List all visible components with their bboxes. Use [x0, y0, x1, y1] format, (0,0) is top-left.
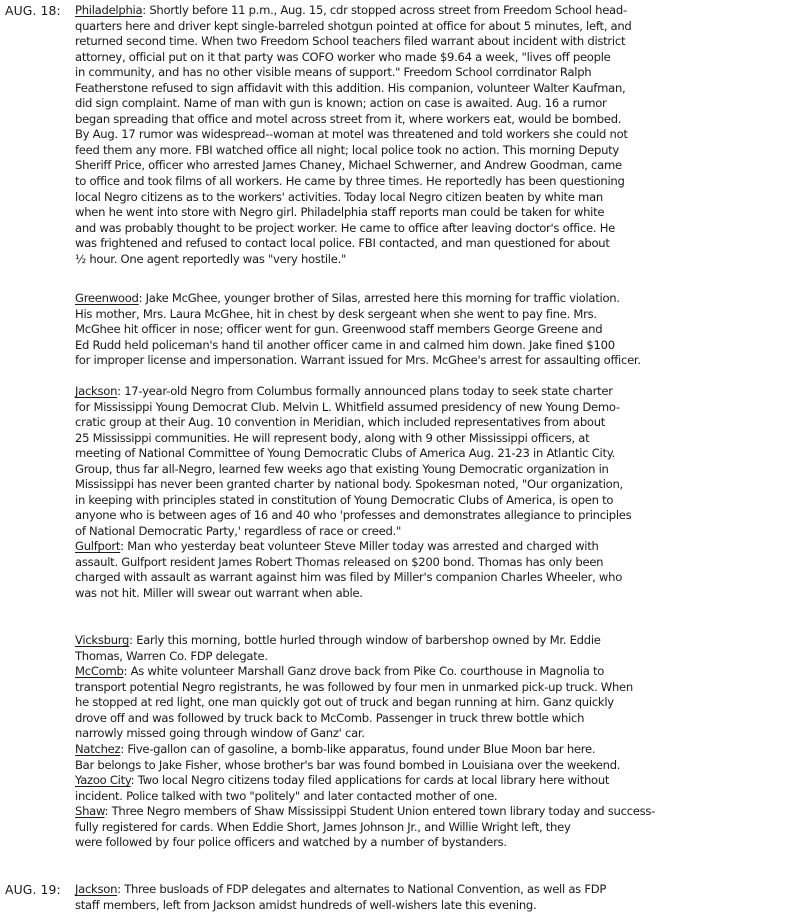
entry-body: Gulfport: Man who yesterday beat volunte…: [75, 539, 793, 601]
entry-body: Shaw: Three Negro members of Shaw Missis…: [75, 804, 793, 851]
text-line: anyone who is between ages of 16 and 40 …: [75, 508, 793, 524]
entry-body: Natchez: Five-gallon can of gasoline, a …: [75, 742, 793, 773]
text-line: was frightened and refused to contact lo…: [75, 236, 793, 252]
text-line: for Mississippi Young Democrat Club. Mel…: [75, 400, 793, 416]
text-line: Philadelphia: Shortly before 11 p.m., Au…: [75, 3, 793, 19]
text-line: drove off and was followed by truck back…: [75, 711, 793, 727]
text-line: Shaw: Three Negro members of Shaw Missis…: [75, 804, 793, 820]
location-heading: Philadelphia: [75, 3, 142, 17]
location-colon: :: [105, 804, 112, 818]
text-line: when he went into store with Negro girl.…: [75, 205, 793, 221]
text-line: Bar belongs to Jake Fisher, whose brothe…: [75, 758, 793, 774]
line-text: Shortly before 11 p.m., Aug. 15, cdr sto…: [149, 3, 627, 17]
text-line: to office and took films of all workers.…: [75, 174, 793, 190]
text-line: His mother, Mrs. Laura McGhee, hit in ch…: [75, 307, 793, 323]
text-line: in community, and has no other visible m…: [75, 65, 793, 81]
location-colon: :: [139, 291, 146, 305]
entry-body: Philadelphia: Shortly before 11 p.m., Au…: [75, 3, 793, 267]
location-heading: Gulfport: [75, 539, 120, 553]
text-line: Group, thus far all-Negro, learned few w…: [75, 462, 793, 478]
text-line: charged with assault as warrant against …: [75, 570, 793, 586]
entry-body: McComb: As white volunteer Marshall Ganz…: [75, 664, 793, 742]
line-text: As white volunteer Marshall Ganz drove b…: [131, 664, 604, 678]
text-line: Thomas, Warren Co. FDP delegate.: [75, 649, 793, 665]
text-line: Featherstone refused to sign affidavit w…: [75, 81, 793, 97]
location-heading: Shaw: [75, 804, 105, 818]
text-line: he stopped at red light, one man quickly…: [75, 695, 793, 711]
location-heading: Jackson: [75, 882, 117, 896]
entry-body: Jackson: 17-year-old Negro from Columbus…: [75, 384, 793, 539]
text-line: McComb: As white volunteer Marshall Ganz…: [75, 664, 793, 680]
text-line: meeting of National Committee of Young D…: [75, 446, 793, 462]
entry-body: Jackson: Three busloads of FDP delegates…: [75, 882, 793, 913]
location-heading: Greenwood: [75, 291, 139, 305]
text-line: for improper license and impersonation. …: [75, 353, 793, 369]
text-line: By Aug. 17 rumor was widespread--woman a…: [75, 127, 793, 143]
text-line: Vicksburg: Early this morning, bottle hu…: [75, 633, 793, 649]
text-line: returned second time. When two Freedom S…: [75, 34, 793, 50]
line-text: Two local Negro citizens today filed app…: [138, 773, 610, 787]
text-line: in keeping with principles stated in con…: [75, 493, 793, 509]
entry-body: Yazoo City: Two local Negro citizens tod…: [75, 773, 793, 804]
text-line: Sheriff Price, officer who arrested Jame…: [75, 158, 793, 174]
text-line: was not hit. Miller will swear out warra…: [75, 586, 793, 602]
text-line: were followed by four police officers an…: [75, 835, 793, 851]
text-line: narrowly missed going through window of …: [75, 726, 793, 742]
text-line: feed them any more. FBI watched office a…: [75, 143, 793, 159]
line-text: Man who yesterday beat volunteer Steve M…: [127, 539, 598, 553]
text-line: Ed Rudd held policeman's hand til anothe…: [75, 338, 793, 354]
line-text: Three Negro members of Shaw Mississippi …: [112, 804, 655, 818]
text-line: fully registered for cards. When Eddie S…: [75, 820, 793, 836]
location-heading: Yazoo City: [75, 773, 131, 787]
text-line: Natchez: Five-gallon can of gasoline, a …: [75, 742, 793, 758]
text-line: transport potential Negro registrants, h…: [75, 680, 793, 696]
line-text: Five-gallon can of gasoline, a bomb-like…: [127, 742, 595, 756]
text-line: McGhee hit officer in nose; officer went…: [75, 322, 793, 338]
line-text: Early this morning, bottle hurled throug…: [136, 633, 600, 647]
location-heading: Jackson: [75, 384, 117, 398]
text-line: local Negro citizens as to the workers' …: [75, 190, 793, 206]
text-line: did sign complaint. Name of man with gun…: [75, 96, 793, 112]
text-line: of National Democratic Party,' regardles…: [75, 524, 793, 540]
text-line: 25 Mississippi communities. He will repr…: [75, 431, 793, 447]
line-text: Three busloads of FDP delegates and alte…: [124, 882, 606, 896]
text-line: Gulfport: Man who yesterday beat volunte…: [75, 539, 793, 555]
line-text: 17-year-old Negro from Columbus formally…: [124, 384, 613, 398]
text-line: ½ hour. One agent reportedly was "very h…: [75, 252, 793, 268]
text-line: Jackson: 17-year-old Negro from Columbus…: [75, 384, 793, 400]
text-line: began spreading that office and motel ac…: [75, 112, 793, 128]
text-line: cratic group at their Aug. 10 convention…: [75, 415, 793, 431]
line-text: Jake McGhee, younger brother of Silas, a…: [146, 291, 620, 305]
text-line: Yazoo City: Two local Negro citizens tod…: [75, 773, 793, 789]
location-heading: Natchez: [75, 742, 120, 756]
entry-date: AUG. 19:: [5, 882, 61, 898]
text-line: and was probably thought to be project w…: [75, 221, 793, 237]
text-line: quarters here and driver kept single-bar…: [75, 19, 793, 35]
location-colon: :: [124, 664, 131, 678]
location-heading: Vicksburg: [75, 633, 129, 647]
text-line: incident. Police talked with two "polite…: [75, 789, 793, 805]
entry-body: Greenwood: Jake McGhee, younger brother …: [75, 291, 793, 369]
entry-body: Vicksburg: Early this morning, bottle hu…: [75, 633, 793, 664]
location-colon: :: [131, 773, 138, 787]
entry-date: AUG. 18:: [5, 3, 61, 19]
text-line: assault. Gulfport resident James Robert …: [75, 555, 793, 571]
text-line: Jackson: Three busloads of FDP delegates…: [75, 882, 793, 898]
document-page: AUG. 18:Philadelphia: Shortly before 11 …: [0, 0, 795, 916]
text-line: staff members, left from Jackson amidst …: [75, 898, 793, 914]
text-line: Greenwood: Jake McGhee, younger brother …: [75, 291, 793, 307]
location-heading: McComb: [75, 664, 124, 678]
text-line: Mississippi has never been granted chart…: [75, 477, 793, 493]
text-line: attorney, official put on it that party …: [75, 50, 793, 66]
